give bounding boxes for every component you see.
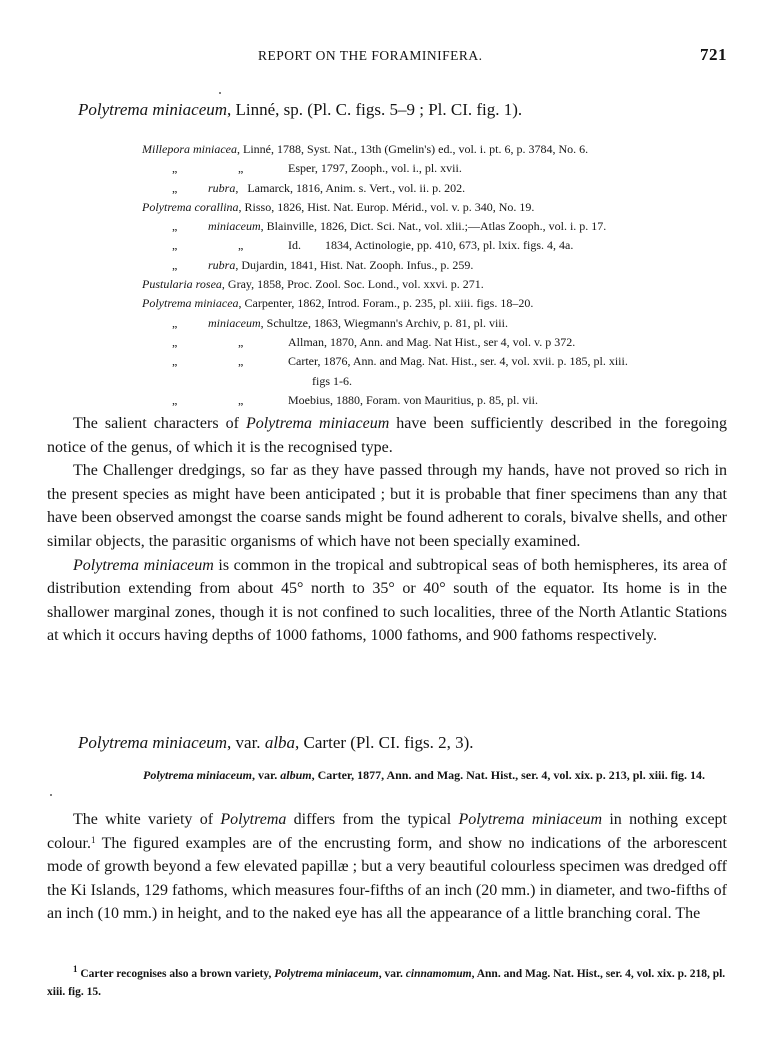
species-heading-1: Polytrema miniaceum, Linné, sp. (Pl. C. …: [78, 100, 522, 120]
citation: Carter, 1876, Ann. and Mag. Nat. Hist., …: [288, 352, 628, 371]
ditto-mark: „: [172, 333, 177, 352]
text-run: The figured examples are of the encrusti…: [47, 835, 727, 923]
text-run: The white variety of: [73, 811, 220, 828]
italic-term: Polytrema miniaceum: [274, 968, 378, 980]
footnote: 1 Carter recognises also a brown variety…: [47, 966, 727, 1001]
ditto-mark: „: [172, 179, 177, 198]
species-epithet: miniaceum: [208, 219, 261, 233]
species-epithet: rubra,: [208, 181, 238, 195]
synonymy-entry: „rubra, Dujardin, 1841, Hist. Nat. Zooph…: [142, 256, 742, 275]
paragraph: The Challenger dredgings, so far as they…: [47, 459, 727, 553]
species-epithet: rubra: [208, 258, 235, 272]
var-label: , var.: [227, 733, 265, 752]
synonymy-entry: „„Carter, 1876, Ann. and Mag. Nat. Hist.…: [142, 352, 742, 371]
ditto-mark: „: [172, 217, 177, 236]
variety-name: alba: [265, 733, 295, 752]
synonymy-entry: Polytrema miniaceum, var. album, Carter,…: [143, 766, 731, 784]
synonymy-entry: „„Id. 1834, Actinologie, pp. 410, 673, p…: [142, 236, 742, 255]
print-speck: [50, 794, 52, 796]
text-run: , var.: [379, 968, 406, 980]
citation: Allman, 1870, Ann. and Mag. Nat Hist., s…: [288, 333, 575, 352]
citation: , Carpenter, 1862, Introd. Foram., p. 23…: [239, 296, 534, 310]
synonymy-entry: „rubra, Lamarck, 1816, Anim. s. Vert., v…: [142, 179, 742, 198]
citation: Lamarck, 1816, Anim. s. Vert., vol. ii. …: [238, 181, 465, 195]
ditto-mark: „: [238, 236, 243, 255]
italic-term: Polytrema: [220, 811, 286, 828]
citation: , Dujardin, 1841, Hist. Nat. Zooph. Infu…: [235, 258, 473, 272]
text-run: Carter recognises also a brown variety,: [78, 968, 275, 980]
synonymy-entry: „„Allman, 1870, Ann. and Mag. Nat Hist.,…: [142, 333, 742, 352]
citation: , Blainville, 1826, Dict. Sci. Nat., vol…: [261, 219, 607, 233]
synonymy-entry: Millepora miniacea, Linné, 1788, Syst. N…: [142, 140, 742, 159]
synonymy-entry: Polytrema miniacea, Carpenter, 1862, Int…: [142, 294, 742, 313]
italic-term: Polytrema miniaceum: [73, 557, 214, 574]
text-run: differs from the typical: [286, 811, 458, 828]
citation: , Risso, 1826, Hist. Nat. Europ. Mérid.,…: [239, 200, 535, 214]
var-label: , var.: [252, 768, 280, 782]
ditto-mark: „: [238, 159, 243, 178]
synonymy-list-2: Polytrema miniaceum, var. album, Carter,…: [143, 766, 731, 784]
running-head-title: REPORT ON THE FORAMINIFERA.: [258, 48, 482, 64]
synonymy-entry: „„Moebius, 1880, Foram. von Mauritius, p…: [142, 391, 742, 410]
ditto-mark: „: [172, 352, 177, 371]
synonymy-entry: „„Esper, 1797, Zooph., vol. i., pl. xvii…: [142, 159, 742, 178]
ditto-mark: „: [172, 314, 177, 333]
citation: , Gray, 1858, Proc. Zool. Soc. Lond., vo…: [222, 277, 484, 291]
citation: Id. 1834, Actinologie, pp. 410, 673, pl.…: [288, 236, 573, 255]
ditto-mark: „: [172, 236, 177, 255]
citation: Moebius, 1880, Foram. von Mauritius, p. …: [288, 391, 538, 410]
paragraph: Polytrema miniaceum is common in the tro…: [47, 554, 727, 648]
species-heading-2: Polytrema miniaceum, var. alba, Carter (…: [78, 733, 474, 753]
body-text-species-2: The white variety of Polytrema differs f…: [47, 808, 727, 926]
species-epithet: miniaceum: [208, 316, 261, 330]
ditto-mark: „: [238, 333, 243, 352]
synonymy-entry: „miniaceum, Blainville, 1826, Dict. Sci.…: [142, 217, 742, 236]
variety-name: album: [280, 768, 311, 782]
italic-term: Polytrema miniaceum: [246, 415, 389, 432]
ditto-mark: „: [238, 352, 243, 371]
print-speck: [219, 92, 221, 94]
synonymy-entry: Polytrema corallina, Risso, 1826, Hist. …: [142, 198, 742, 217]
species-authority: , Linné, sp. (Pl. C. figs. 5–9 ; Pl. CI.…: [227, 100, 522, 119]
citation: Esper, 1797, Zooph., vol. i., pl. xvii.: [288, 159, 462, 178]
italic-term: cinnamomum: [406, 968, 472, 980]
text-run: The Challenger dredgings, so far as they…: [47, 462, 727, 550]
ditto-mark: „: [172, 256, 177, 275]
footnote-text: 1 Carter recognises also a brown variety…: [47, 966, 727, 1001]
synonymy-continuation: figs 1-6.: [142, 372, 742, 391]
italic-term: Polytrema miniaceum: [459, 811, 603, 828]
species-authority: , Carter (Pl. CI. figs. 2, 3).: [295, 733, 473, 752]
ditto-mark: „: [172, 159, 177, 178]
synonymy-entry: „miniaceum, Schultze, 1863, Wiegmann's A…: [142, 314, 742, 333]
synonym-name: Polytrema miniaceum: [143, 768, 252, 782]
citation: , Linné, 1788, Syst. Nat., 13th (Gmelin'…: [237, 142, 588, 156]
body-text-species-1: The salient characters of Polytrema mini…: [47, 412, 727, 648]
citation: , Schultze, 1863, Wiegmann's Archiv, p. …: [261, 316, 508, 330]
synonymy-entry: Pustularia rosea, Gray, 1858, Proc. Zool…: [142, 275, 742, 294]
citation: , Carter, 1877, Ann. and Mag. Nat. Hist.…: [312, 768, 705, 782]
paragraph: The salient characters of Polytrema mini…: [47, 412, 727, 459]
species-name: Polytrema miniaceum: [78, 100, 227, 119]
paragraph: The white variety of Polytrema differs f…: [47, 808, 727, 926]
page-number: 721: [700, 45, 727, 65]
synonymy-list-1: Millepora miniacea, Linné, 1788, Syst. N…: [142, 140, 742, 410]
document-page: REPORT ON THE FORAMINIFERA. 721 Polytrem…: [0, 0, 776, 1050]
ditto-mark: „: [172, 391, 177, 410]
ditto-mark: „: [238, 391, 243, 410]
species-name: Polytrema miniaceum: [78, 733, 227, 752]
text-run: The salient characters of: [73, 415, 246, 432]
